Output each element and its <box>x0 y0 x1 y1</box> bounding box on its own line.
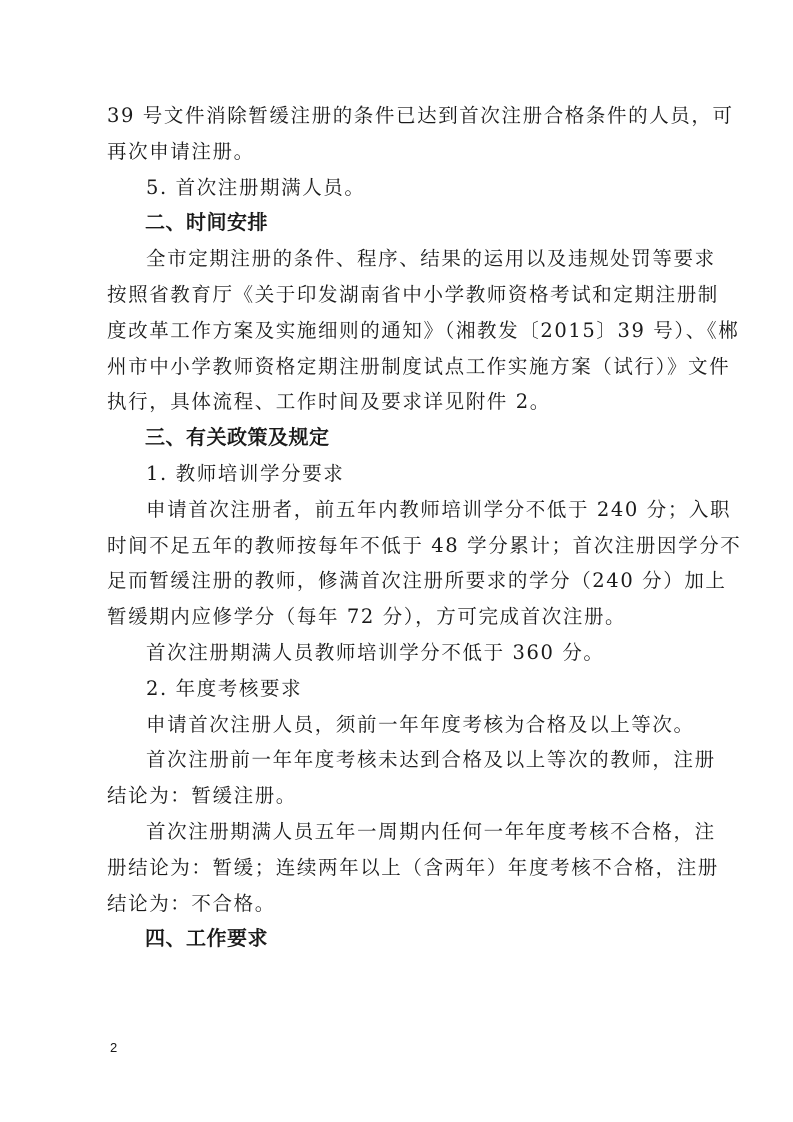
section-heading: 四、工作要求 <box>107 921 687 957</box>
paragraph-line: 39 号文件消除暂缓注册的条件已达到首次注册合格条件的人员，可 <box>107 98 687 134</box>
paragraph-line: 度改革工作方案及实施细则的通知》（湘教发〔2015〕39 号）、《郴 <box>107 313 687 349</box>
section-heading: 三、有关政策及规定 <box>107 420 687 456</box>
paragraph-line: 州市中小学教师资格定期注册制度试点工作实施方案（试行）》文件 <box>107 349 687 385</box>
subsection-heading: 1. 教师培训学分要求 <box>107 456 687 492</box>
paragraph-line: 申请首次注册者，前五年内教师培训学分不低于 240 分；入职 <box>107 492 687 528</box>
paragraph-line: 按照省教育厅《关于印发湖南省中小学教师资格考试和定期注册制 <box>107 277 687 313</box>
document-body: 39 号文件消除暂缓注册的条件已达到首次注册合格条件的人员，可 再次申请注册。 … <box>107 98 687 957</box>
paragraph-line: 足而暂缓注册的教师，修满首次注册所要求的学分（240 分）加上 <box>107 563 687 599</box>
paragraph-line: 结论为：不合格。 <box>107 886 687 922</box>
list-item: 5. 首次注册期满人员。 <box>107 170 687 206</box>
document-page: 39 号文件消除暂缓注册的条件已达到首次注册合格条件的人员，可 再次申请注册。 … <box>0 0 793 1122</box>
paragraph-line: 执行，具体流程、工作时间及要求详见附件 2。 <box>107 384 687 420</box>
page-number: 2 <box>110 1040 117 1055</box>
subsection-heading: 2. 年度考核要求 <box>107 671 687 707</box>
paragraph-line: 时间不足五年的教师按每年不低于 48 学分累计；首次注册因学分不 <box>107 528 687 564</box>
paragraph-line: 暂缓期内应修学分（每年 72 分），方可完成首次注册。 <box>107 599 687 635</box>
paragraph-line: 首次注册期满人员五年一周期内任何一年年度考核不合格，注 <box>107 814 687 850</box>
section-heading: 二、时间安排 <box>107 205 687 241</box>
paragraph-line: 申请首次注册人员，须前一年年度考核为合格及以上等次。 <box>107 707 687 743</box>
paragraph-line: 首次注册期满人员教师培训学分不低于 360 分。 <box>107 635 687 671</box>
paragraph-line: 册结论为：暂缓；连续两年以上（含两年）年度考核不合格，注册 <box>107 850 687 886</box>
paragraph-line: 首次注册前一年年度考核未达到合格及以上等次的教师，注册 <box>107 742 687 778</box>
paragraph-line: 结论为：暂缓注册。 <box>107 778 687 814</box>
paragraph-line: 全市定期注册的条件、程序、结果的运用以及违规处罚等要求 <box>107 241 687 277</box>
paragraph-line: 再次申请注册。 <box>107 134 687 170</box>
